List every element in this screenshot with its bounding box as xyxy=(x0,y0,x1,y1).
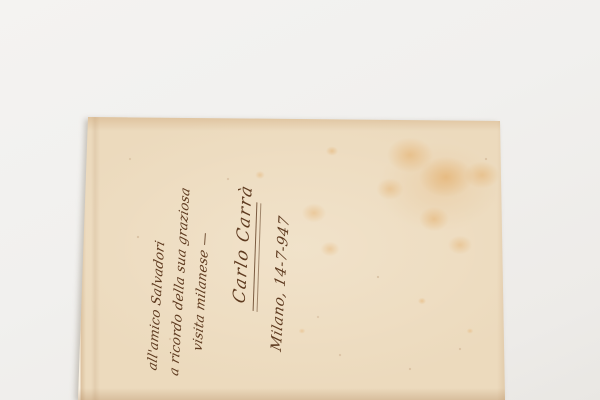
photo-backdrop: all'amico Salvadori a ricordo della sua … xyxy=(0,0,600,400)
signature: Carlo Carrà xyxy=(227,181,260,306)
handwritten-dedication: all'amico Salvadori a ricordo della sua … xyxy=(142,156,303,385)
